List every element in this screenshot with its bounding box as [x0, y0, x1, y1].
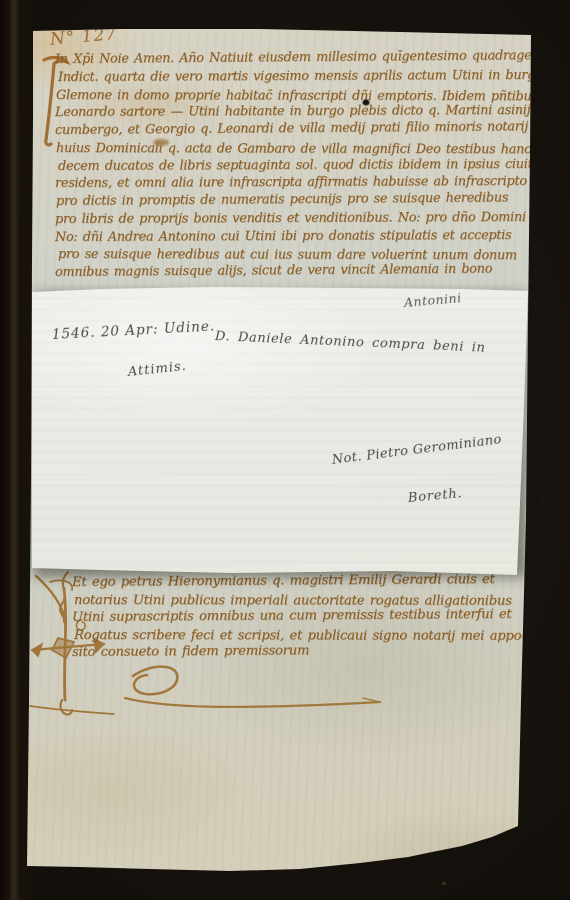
- slip-place-annotation: Attimis.: [127, 359, 187, 380]
- slip-date-annotation: 1546. 20 Apr: Udine.: [52, 318, 216, 343]
- manuscript-line: Utini suprascriptis omnibus una cum prem…: [72, 606, 532, 627]
- manuscript-lower-text: Et ego petrus Hieronymianus q. magistri …: [72, 574, 532, 662]
- archival-number: N° 127: [49, 26, 117, 49]
- slip-notary-annotation: Not. Pietro Gerominiano: [331, 432, 503, 468]
- closing-flourish-mark: [95, 660, 395, 720]
- archivist-slip: Antonini 1546. 20 Apr: Udine. D. Daniele…: [32, 287, 528, 575]
- slip-summary-annotation: D. Daniele Antonino compra beni in: [215, 329, 486, 356]
- manuscript-line: No: dñi Andrea Antonino cui Utini ibi pr…: [55, 226, 533, 246]
- manuscript-line: Indict. quarta die vero martis vigesimo …: [58, 67, 533, 87]
- manuscript-upper-text: In Xp̄i Noie Amen. Año Natiuit eiusdem m…: [55, 51, 533, 282]
- slip-name-annotation: Antonini: [403, 290, 462, 310]
- binding-spine-shadow: [0, 0, 30, 900]
- manuscript-line: cumbergo, et Georgio q. Leonardi de vill…: [55, 118, 533, 140]
- manuscript-line: pro libris de proprijs bonis venditis et…: [55, 209, 533, 229]
- manuscript-line: sito consueto in fidem premissorum: [72, 641, 532, 662]
- dust-speck: [442, 882, 446, 885]
- photograph-background: N° 127 In Xp̄i Noie Amen. Año Natiuit ei…: [0, 0, 570, 900]
- manuscript-line: In Xp̄i Noie Amen. Año Natiuit eiusdem m…: [55, 47, 533, 69]
- ink-smudge: [153, 139, 169, 146]
- slip-notary-surname: Boreth.: [407, 486, 463, 506]
- ink-hole-speck: [363, 100, 369, 105]
- manuscript-line: omnibus magnis suisque alijs, sicut de v…: [55, 260, 533, 282]
- manuscript-line: pro dictis in promptis de numeratis pecu…: [56, 189, 533, 210]
